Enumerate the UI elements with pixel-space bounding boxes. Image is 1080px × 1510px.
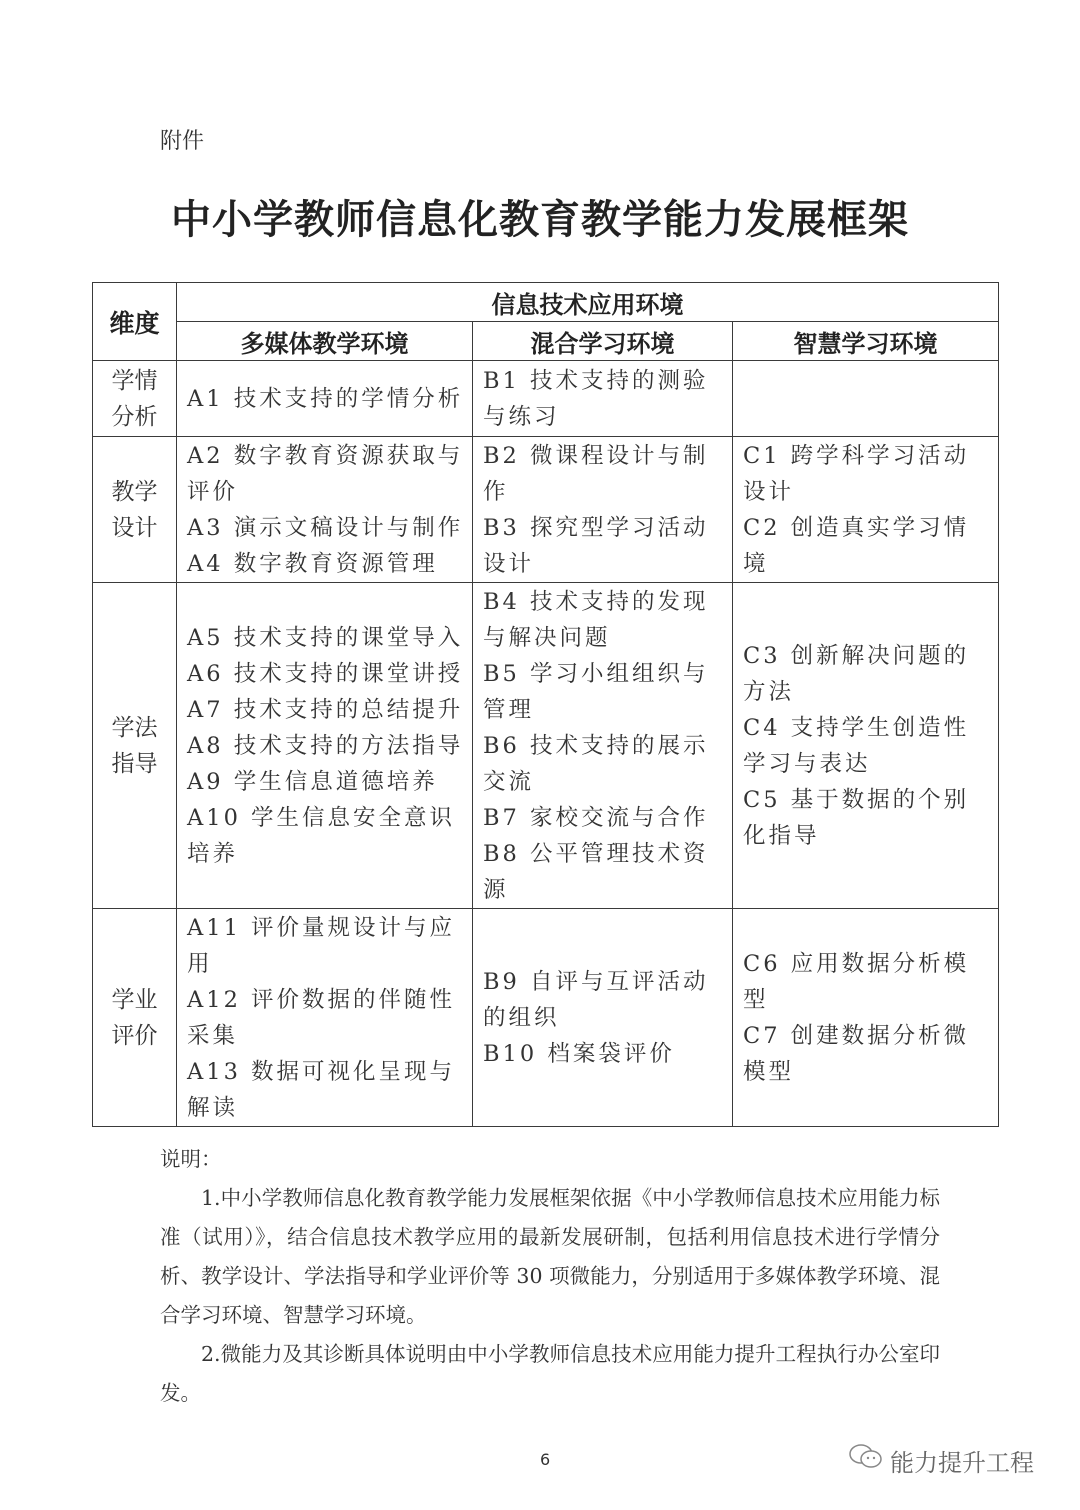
competency-item: A9 学生信息道德培养	[187, 764, 464, 800]
cell-c: C1 跨学科学习活动设计 C2 创造真实学习情境	[733, 437, 999, 583]
competency-item: A12 评价数据的伴随性采集	[187, 982, 464, 1054]
dimension-line: 分析	[93, 399, 176, 435]
competency-item: A13 数据可视化呈现与解读	[187, 1054, 464, 1126]
table-row: 教学 设计 A2 数字教育资源获取与评价 A3 演示文稿设计与制作 A4 数字教…	[93, 437, 999, 583]
competency-item: A6 技术支持的课堂讲授	[187, 656, 464, 692]
framework-table: 维度 信息技术应用环境 多媒体教学环境 混合学习环境 智慧学习环境 学情 分析 …	[92, 282, 999, 1127]
competency-item: B2 微课程设计与制作	[483, 438, 724, 510]
dimension-line: 设计	[93, 510, 176, 546]
competency-item: C1 跨学科学习活动设计	[743, 438, 990, 510]
environment-group-header: 信息技术应用环境	[177, 283, 999, 322]
dimension-line: 评价	[93, 1018, 176, 1054]
competency-item: C7 创建数据分析微模型	[743, 1018, 990, 1090]
competency-item: B1 技术支持的测验与练习	[483, 363, 724, 435]
competency-item: A5 技术支持的课堂导入	[187, 620, 464, 656]
competency-item: A8 技术支持的方法指导	[187, 728, 464, 764]
competency-item: A11 评价量规设计与应用	[187, 910, 464, 982]
cell-b: B9 自评与互评活动的组织 B10 档案袋评价	[473, 909, 733, 1127]
competency-item: C3 创新解决问题的方法	[743, 638, 990, 710]
dimension-line: 学情	[93, 363, 176, 399]
watermark: 能力提升工程	[848, 1442, 1034, 1478]
cell-a: A2 数字教育资源获取与评价 A3 演示文稿设计与制作 A4 数字教育资源管理	[177, 437, 473, 583]
note-item: 2.微能力及其诊断具体说明由中小学教师信息技术应用能力提升工程执行办公室印发。	[160, 1335, 940, 1413]
competency-item: A7 技术支持的总结提升	[187, 692, 464, 728]
cell-c: C3 创新解决问题的方法 C4 支持学生创造性学习与表达 C5 基于数据的个别化…	[733, 583, 999, 909]
cell-a: A5 技术支持的课堂导入 A6 技术支持的课堂讲授 A7 技术支持的总结提升 A…	[177, 583, 473, 909]
competency-item: A1 技术支持的学情分析	[187, 381, 464, 417]
page-number: 6	[540, 1450, 550, 1469]
competency-item: A4 数字教育资源管理	[187, 546, 464, 582]
competency-item: C2 创造真实学习情境	[743, 510, 990, 582]
cell-c: C6 应用数据分析模型 C7 创建数据分析微模型	[733, 909, 999, 1127]
dimension-line: 指导	[93, 746, 176, 782]
wechat-icon	[848, 1442, 890, 1478]
competency-item: A10 学生信息安全意识培养	[187, 800, 464, 872]
dimension-header: 维度	[93, 283, 177, 361]
competency-item: B7 家校交流与合作	[483, 800, 724, 836]
competency-item: B8 公平管理技术资源	[483, 836, 724, 908]
competency-item: B10 档案袋评价	[483, 1036, 724, 1072]
competency-item: C6 应用数据分析模型	[743, 946, 990, 1018]
cell-a: A11 评价量规设计与应用 A12 评价数据的伴随性采集 A13 数据可视化呈现…	[177, 909, 473, 1127]
page-title: 中小学教师信息化教育教学能力发展框架	[0, 188, 1080, 245]
dimension-line: 学法	[93, 710, 176, 746]
competency-item: B6 技术支持的展示交流	[483, 728, 724, 800]
competency-item: B3 探究型学习活动设计	[483, 510, 724, 582]
competency-item: C5 基于数据的个别化指导	[743, 782, 990, 854]
cell-c	[733, 361, 999, 437]
competency-item: A2 数字教育资源获取与评价	[187, 438, 464, 510]
notes-section: 说明： 1.中小学教师信息化教育教学能力发展框架依据《中小学教师信息技术应用能力…	[160, 1140, 940, 1413]
dimension-line: 教学	[93, 474, 176, 510]
table-row: 学法 指导 A5 技术支持的课堂导入 A6 技术支持的课堂讲授 A7 技术支持的…	[93, 583, 999, 909]
env-header-smart: 智慧学习环境	[733, 322, 999, 361]
watermark-text: 能力提升工程	[890, 1443, 1034, 1478]
cell-b: B1 技术支持的测验与练习	[473, 361, 733, 437]
competency-item: A3 演示文稿设计与制作	[187, 510, 464, 546]
competency-item: B4 技术支持的发现与解决问题	[483, 584, 724, 656]
competency-item: C4 支持学生创造性学习与表达	[743, 710, 990, 782]
competency-item: B9 自评与互评活动的组织	[483, 964, 724, 1036]
env-header-multimedia: 多媒体教学环境	[177, 322, 473, 361]
cell-b: B4 技术支持的发现与解决问题 B5 学习小组组织与管理 B6 技术支持的展示交…	[473, 583, 733, 909]
attachment-label: 附件	[160, 124, 204, 155]
dimension-line: 学业	[93, 982, 176, 1018]
dimension-cell: 教学 设计	[93, 437, 177, 583]
cell-a: A1 技术支持的学情分析	[177, 361, 473, 437]
dimension-cell: 学情 分析	[93, 361, 177, 437]
table-row: 学业 评价 A11 评价量规设计与应用 A12 评价数据的伴随性采集 A13 数…	[93, 909, 999, 1127]
table-row: 学情 分析 A1 技术支持的学情分析 B1 技术支持的测验与练习	[93, 361, 999, 437]
note-item: 1.中小学教师信息化教育教学能力发展框架依据《中小学教师信息技术应用能力标准（试…	[160, 1179, 940, 1335]
cell-b: B2 微课程设计与制作 B3 探究型学习活动设计	[473, 437, 733, 583]
dimension-cell: 学业 评价	[93, 909, 177, 1127]
env-header-blended: 混合学习环境	[473, 322, 733, 361]
dimension-cell: 学法 指导	[93, 583, 177, 909]
competency-item: B5 学习小组组织与管理	[483, 656, 724, 728]
notes-label: 说明：	[160, 1140, 940, 1179]
